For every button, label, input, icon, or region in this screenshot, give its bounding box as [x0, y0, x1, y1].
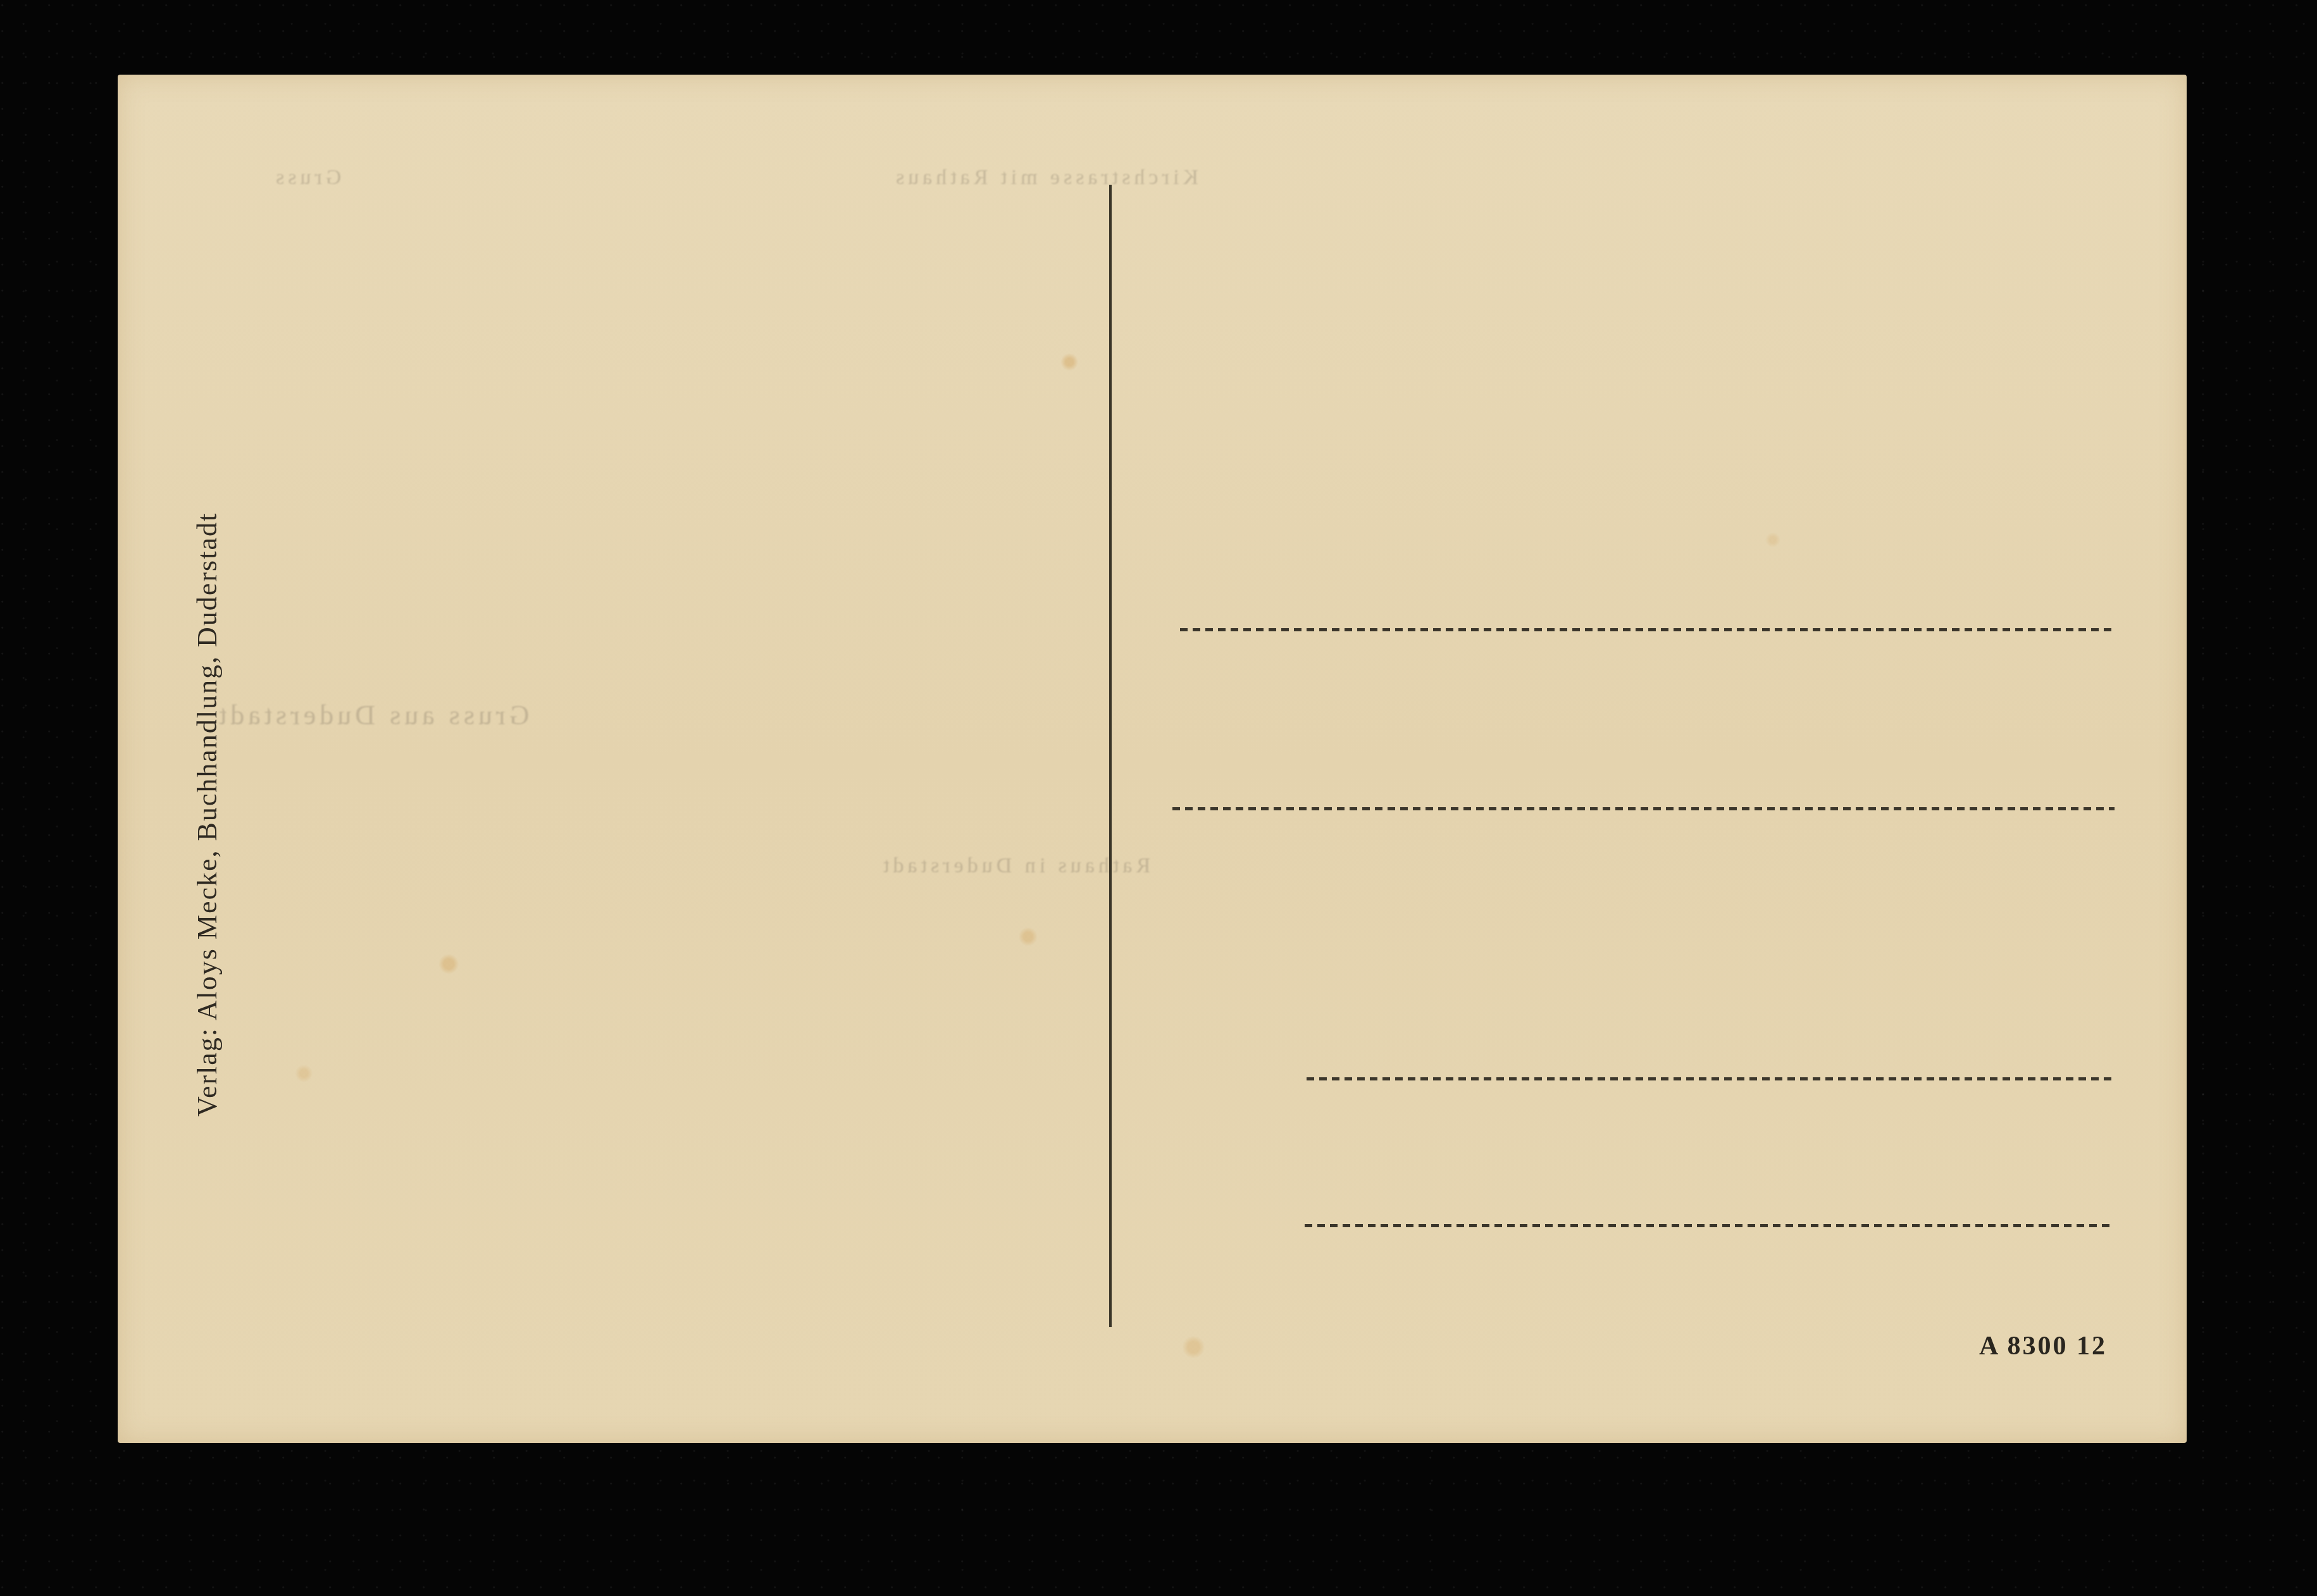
catalog-code: A 8300 12	[1979, 1331, 2107, 1361]
address-line-3	[1307, 1077, 2115, 1080]
ghost-text-top-center: Kirchstrasse mit Rathaus	[892, 166, 1198, 190]
address-line-1	[1180, 628, 2111, 631]
ghost-text-middle-left: Gruss aus Duderstadt	[215, 699, 529, 731]
ghost-text-top-left: Gruss	[272, 166, 341, 190]
address-line-2	[1172, 807, 2115, 810]
message-address-divider	[1109, 185, 1112, 1327]
postcard	[118, 75, 2187, 1443]
address-line-4	[1305, 1224, 2113, 1227]
publisher-imprint: Verlag: Aloys Mecke, Buchhandlung, Duder…	[191, 512, 223, 1117]
